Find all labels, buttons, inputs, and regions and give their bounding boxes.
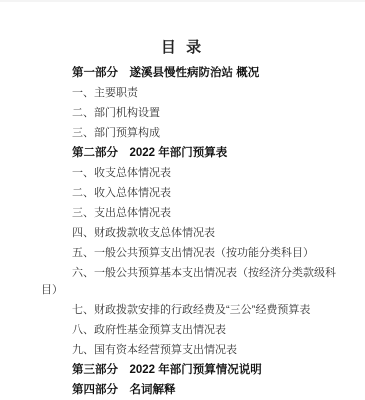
toc-item: 第四部分 名词解释 xyxy=(41,382,343,399)
toc-item: 二、收入总体情况表 xyxy=(41,185,343,202)
toc-item: 九、国有资本经营预算支出情况表 xyxy=(41,342,343,359)
toc-item: 二、部门机构设置 xyxy=(41,105,343,122)
toc-item: 五、一般公共预算支出情况表（按功能分类科目） xyxy=(41,245,343,262)
page-title: 目 录 xyxy=(0,2,365,58)
toc-item: 第二部分 2022 年部门预算表 xyxy=(41,145,343,162)
toc-item: 第三部分 2022 年部门预算情况说明 xyxy=(41,362,343,379)
toc-item: 六、一般公共预算基本支出情况表（按经济分类款级科 目） xyxy=(41,265,343,299)
toc-item: 第一部分 遂溪县慢性病防治站 概况 xyxy=(41,65,343,82)
document-page: 目 录 第一部分 遂溪县慢性病防治站 概况一、主要职责二、部门机构设置三、部门预… xyxy=(0,0,365,400)
toc-item: 三、支出总体情况表 xyxy=(41,205,343,222)
toc-item: 一、收支总体情况表 xyxy=(41,165,343,182)
toc-item: 七、财政拨款安排的行政经费及“三公”经费预算表 xyxy=(41,302,343,319)
toc-item: 一、主要职责 xyxy=(41,85,343,102)
toc-item: 八、政府性基金预算支出情况表 xyxy=(41,322,343,339)
toc-item: 四、财政拨款收支总体情况表 xyxy=(41,225,343,242)
toc-list: 第一部分 遂溪县慢性病防治站 概况一、主要职责二、部门机构设置三、部门预算构成第… xyxy=(0,58,365,399)
toc-item: 三、部门预算构成 xyxy=(41,125,343,142)
